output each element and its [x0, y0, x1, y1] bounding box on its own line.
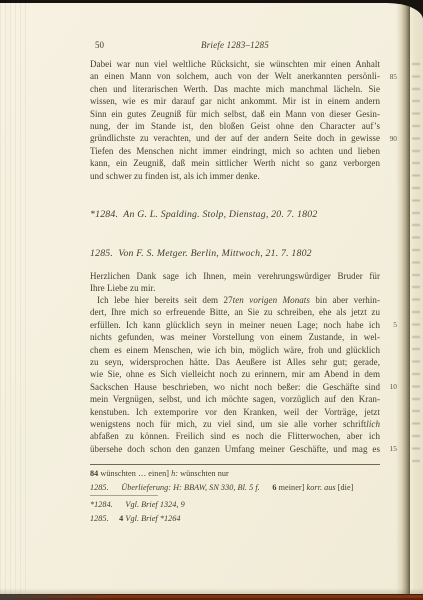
text-line: 1285. 4 Vgl. Brief *1264 — [90, 512, 390, 526]
text-line: wenigstens noch für mich, zu viel sind, … — [90, 418, 380, 430]
page-edge-striations — [0, 3, 30, 594]
letter-1285-paragraph-1: Herzlichen Dank sage ich Ihnen, mein ver… — [90, 270, 380, 295]
text-line: kenstuben. Ich extemporire vor den Krank… — [90, 406, 380, 418]
letter-1283-continuation: Dabei war nun viel weltliche Rücksicht, … — [90, 58, 380, 182]
text-line: erfüllen. Ich kann glücklich seyn in mei… — [90, 319, 380, 331]
text-line: gründlichste zu verachten, und der auf d… — [90, 132, 380, 144]
text-line: 1285. Überlieferung: H: BBAW, SN 330, Bl… — [90, 481, 390, 495]
letter-1284-heading: *1284. An G. L. Spalding. Stolp, Diensta… — [90, 209, 380, 221]
page-header: 50 Briefe 1283–1285 — [90, 39, 380, 51]
text-line: Ich lebe hier bereits seit dem 27ten vor… — [90, 294, 380, 306]
text-line: chem es einem Menschen, wie ich bin, mög… — [90, 344, 380, 356]
text-line: dert, Ihre mich so erfreuende Bitte, an … — [90, 306, 380, 318]
text-line: Sinn ein gutes Zeugniß für mich selbst, … — [90, 108, 380, 120]
page-number: 50 — [95, 39, 104, 51]
letter-1285-paragraph-2: Ich lebe hier bereits seit dem 27ten vor… — [90, 294, 380, 455]
text-line: mein Vergnügen, selbst, und ich möchte s… — [90, 393, 380, 405]
text-line: *1284. Vgl. Brief 1324, 9 — [90, 498, 390, 512]
text-line: Tiefen des Menschen nicht immer eindring… — [90, 145, 380, 157]
text-line: kann, ein Zeugniß, daß mein sittlicher W… — [90, 157, 380, 169]
text-line: wie Sie, ohne es Sich vielleicht noch zu… — [90, 368, 380, 380]
text-line: Sackschen Hause beschrieben, wo nicht no… — [90, 381, 380, 393]
book-cover-band — [0, 594, 423, 600]
running-head: Briefe 1283–1285 — [90, 39, 380, 51]
apparatus-rule — [90, 464, 380, 465]
text-line: an einen Mann von solchem, auch von der … — [90, 70, 380, 82]
book-scan: 50 Briefe 1283–1285 Dabei war nun viel w… — [0, 0, 423, 600]
letter-1285-heading: 1285. Von F. S. Metger. Berlin, Mittwoch… — [90, 248, 380, 260]
apparatus-divider-rule — [90, 495, 158, 496]
apparatus-variants-block: 84 wünschten … einen] h: wünschten nur12… — [90, 467, 390, 494]
text-line: nung, der im Stande ist, den bloßen Geis… — [90, 120, 380, 132]
text-line: übersehe doch schon den ganzen Umfang me… — [90, 443, 380, 455]
text-line: Dabei war nun viel weltliche Rücksicht, … — [90, 58, 380, 70]
book-page: 50 Briefe 1283–1285 Dabei war nun viel w… — [0, 3, 423, 594]
next-page-faint-text — [412, 59, 420, 463]
text-line: chen und literarischen Werth. Das machte… — [90, 83, 380, 95]
next-page-sliver — [410, 7, 423, 594]
page-edge-shadow — [396, 3, 410, 594]
text-line: wissen, wie es mir darauf gar nicht anko… — [90, 95, 380, 107]
text-line: Ihre Liebe zu mir. — [90, 282, 380, 294]
book-cover-corner-shadow — [0, 594, 110, 600]
apparatus-references-block: *1284. Vgl. Brief 1324, 91285. 4 Vgl. Br… — [90, 498, 390, 525]
text-line: abfaßen zu können. Freilich sind es noch… — [90, 430, 380, 442]
text-line: und schwer zu finden ist, als ich immer … — [90, 170, 380, 182]
text-line: 84 wünschten … einen] h: wünschten nur — [90, 467, 390, 481]
text-line: nichts gefunden, was meiner Vorstellung … — [90, 331, 380, 343]
text-line: zu seyn, widersprochen hätte. Das Aeußer… — [90, 356, 380, 368]
text-line: Herzlichen Dank sage ich Ihnen, mein ver… — [90, 270, 380, 282]
